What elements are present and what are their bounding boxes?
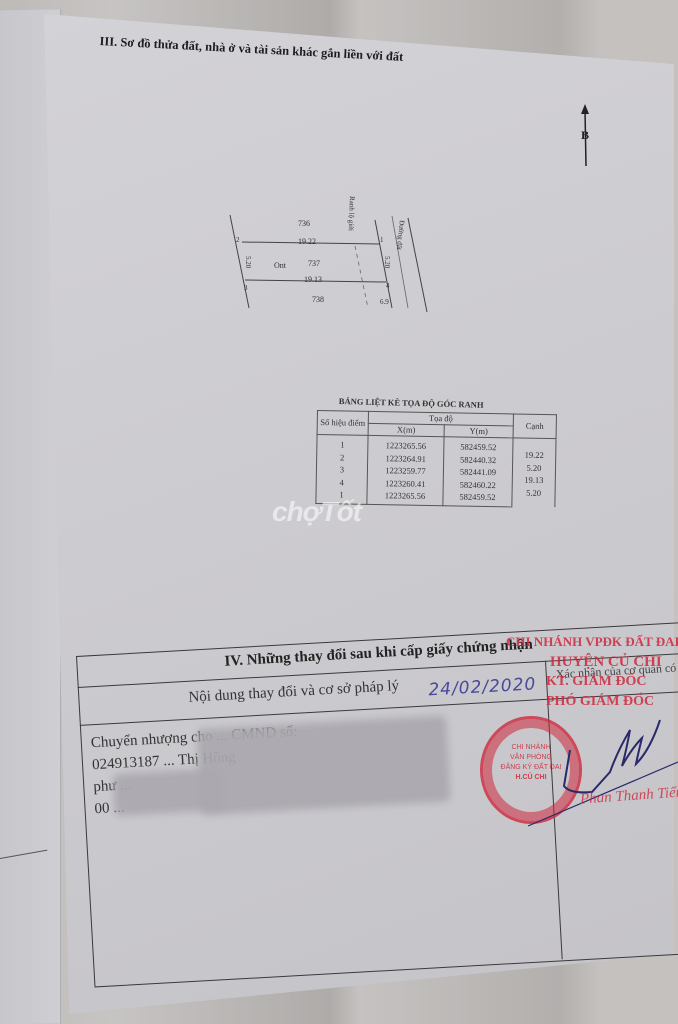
plot-diagram: 736 19.22 Ont 737 19.13 738 2 1 3 4 6.9 …	[220, 180, 440, 320]
svg-text:1: 1	[380, 236, 384, 244]
parcel-737: 737	[308, 259, 320, 268]
boundary-label: Ranh lộ giới	[347, 196, 356, 231]
stamp-line-2: HUYỆN CỦ CHI	[550, 654, 662, 671]
parcel-738: 738	[312, 295, 324, 304]
road-label: Đường đất	[395, 220, 406, 251]
edge-top: 19.22	[298, 237, 316, 246]
edge-left: 5.20	[244, 256, 252, 269]
header-edge: Cạnh	[513, 414, 556, 439]
north-label: B	[581, 128, 589, 143]
redacted-area	[196, 715, 450, 815]
signature	[500, 690, 678, 830]
land-type: Ont	[274, 261, 287, 270]
coord-table: Số hiệu điểm Tọa độ Cạnh X(m) Y(m) 11223…	[315, 410, 557, 508]
redacted-area	[113, 768, 225, 816]
setback: 6.9	[380, 298, 389, 306]
stamp-line-1: CHI NHÁNH VPĐK ĐẤT ĐAI	[506, 634, 678, 650]
edge-bottom: 19.13	[304, 275, 322, 284]
svg-text:2: 2	[236, 236, 240, 244]
stamp-line-3: KT. GIÁM ĐỐC	[546, 674, 646, 690]
edge-right: 5.20	[383, 256, 391, 269]
edge-lengths: 19.225.2019.135.20	[512, 438, 556, 507]
svg-text:4: 4	[386, 282, 390, 290]
header-point: Số hiệu điểm	[317, 411, 368, 436]
svg-text:3: 3	[244, 284, 248, 292]
chotot-watermark: chợTốt	[272, 496, 361, 528]
parcel-736: 736	[298, 219, 310, 228]
